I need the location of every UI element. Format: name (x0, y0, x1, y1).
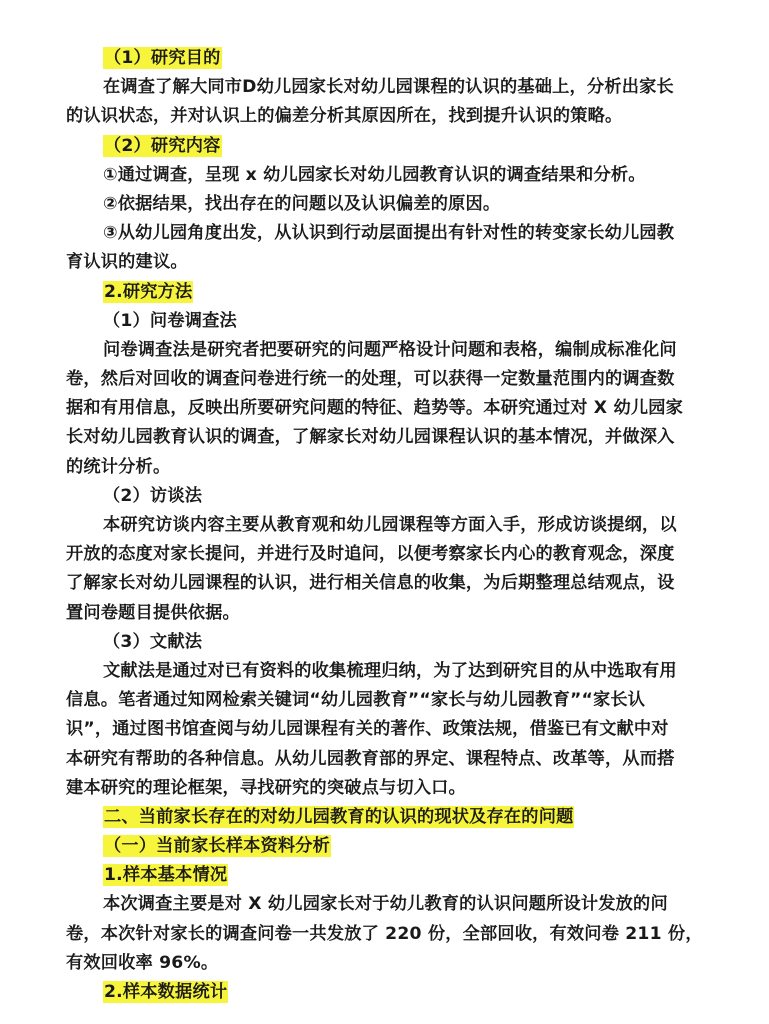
paragraph-line: 问卷调查法是研究者把要研究的问题严格设计问题和表格，编制成标准化问 (66, 336, 716, 365)
heading-literature-method: （3）文献法 (66, 628, 716, 657)
heading-questionnaire-method: （1）问卷调查法 (66, 307, 716, 336)
paragraph-line: 本次调查主要是对 X 幼儿园家长对于幼儿教育的认识问题所设计发放的问 (66, 890, 716, 919)
heading-research-purpose: （1）研究目的 (66, 44, 716, 73)
paragraph-line: 有效回收率 96%。 (66, 949, 716, 978)
heading-sample-analysis: （一）当前家长样本资料分析 (66, 832, 716, 861)
list-item: ①通过调查，呈现 x 幼儿园家长对幼儿园教育认识的调查结果和分析。 (66, 161, 716, 190)
list-item-continuation: 育认识的建议。 (66, 248, 716, 277)
heading-chapter-two: 二、当前家长存在的对幼儿园教育的认识的现状及存在的问题 (66, 803, 716, 832)
paragraph-line: 长对幼儿园教育认识的调查，了解家长对幼儿园课程认识的基本情况，并做深入 (66, 423, 716, 452)
list-item: ②依据结果，找出存在的问题以及认识偏差的原因。 (66, 190, 716, 219)
paragraph-line: 文献法是通过对已有资料的收集梳理归纳，为了达到研究目的从中选取有用 (66, 657, 716, 686)
heading-sample-statistics: 2.样本数据统计 (66, 978, 716, 1007)
list-item: ③从幼儿园角度出发，从认识到行动层面提出有针对性的转变家长幼儿园教 (66, 219, 716, 248)
paragraph-line: 据和有用信息，反映出所要研究问题的特征、趋势等。本研究通过对 X 幼儿园家 (66, 394, 716, 423)
paragraph-line: 置问卷题目提供依据。 (66, 599, 716, 628)
paragraph-line: 识”，通过图书馆查阅与幼儿园课程有关的著作、政策法规，借鉴已有文献中对 (66, 715, 716, 744)
paragraph-line: 了解家长对幼儿园课程的认识，进行相关信息的收集，为后期整理总结观点，设 (66, 569, 716, 598)
paragraph-line: 本研究有帮助的各种信息。从幼儿园教育部的界定、课程特点、改革等，从而搭 (66, 745, 716, 774)
paragraph-line: 的统计分析。 (66, 453, 716, 482)
heading-sample-basics: 1.样本基本情况 (66, 861, 716, 890)
paragraph-line: 在调查了解大同市D幼儿园家长对幼儿园课程的认识的基础上，分析出家长 (66, 73, 716, 102)
paragraph-line: 卷，然后对回收的调查问卷进行统一的处理，可以获得一定数量范围内的调查数 (66, 365, 716, 394)
heading-research-content: （2）研究内容 (66, 132, 716, 161)
paragraph-line: 的认识状态，并对认识上的偏差分析其原因所在，找到提升认识的策略。 (66, 102, 716, 131)
heading-interview-method: （2）访谈法 (66, 482, 716, 511)
paragraph-line: 开放的态度对家长提问，并进行及时追问，以便考察家长内心的教育观念，深度 (66, 540, 716, 569)
paragraph-line: 建本研究的理论框架，寻找研究的突破点与切入口。 (66, 774, 716, 803)
paragraph-line: 信息。笔者通过知网检索关键词“幼儿园教育”“家长与幼儿园教育”“家长认 (66, 686, 716, 715)
heading-research-methods: 2.研究方法 (66, 278, 716, 307)
document-page: （1）研究目的 在调查了解大同市D幼儿园家长对幼儿园课程的认识的基础上，分析出家… (66, 44, 716, 1007)
paragraph-line: 本研究访谈内容主要从教育观和幼儿园课程等方面入手，形成访谈提纲，以 (66, 511, 716, 540)
paragraph-line: 卷，本次针对家长的调查问卷一共发放了 220 份，全部回收，有效问卷 211 份… (66, 920, 716, 949)
